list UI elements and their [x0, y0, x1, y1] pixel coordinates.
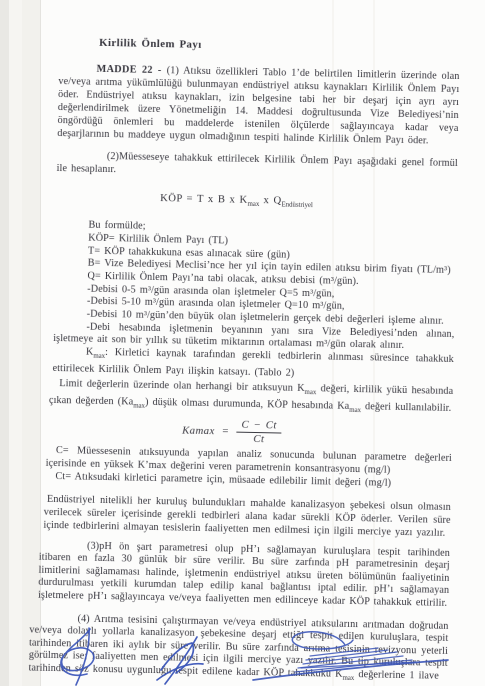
paragraph-limit-values: Limit değerlerin üzerinde olan herhangi … [49, 376, 454, 418]
article-number-label: MADDE 22 - [97, 64, 167, 76]
paragraph-madde22-1: MADDE 22 - (1) Atıksu özellikleri Tablo … [57, 62, 459, 148]
formula-kop: KÖP = T x B x Kmax x QEndüstriyel [56, 190, 417, 214]
paragraph-sewer-network: Endüstriyel nitelikli her kuruluş bulund… [43, 492, 451, 539]
formula-kamax-equals: = [222, 425, 230, 438]
signature-left [61, 628, 94, 685]
signature-middle [157, 637, 203, 684]
paragraph-2: (2)Müesseseye tahakkuk ettirilecek Kirli… [56, 149, 457, 183]
section-heading: Kirlilik Önlem Payı [99, 37, 460, 57]
formula-kamax: Kamax = C − Ct Ct [51, 416, 412, 448]
formula-kamax-lhs: Kamax [182, 424, 215, 438]
scanned-document-page: Kirlilik Önlem Payı MADDE 22 - (1) Atıks… [0, 0, 485, 686]
fraction-denominator: Ct [253, 433, 264, 445]
formula-kamax-fraction: C − Ct Ct [236, 419, 282, 445]
signature-right [253, 632, 448, 680]
fraction-numerator: C − Ct [236, 419, 282, 433]
signature-block [0, 615, 485, 686]
document-body: Kirlilik Önlem Payı MADDE 22 - (1) Atıks… [0, 0, 485, 686]
formula-definitions-list: Bu formülde; KÖP= Kirlilik Önlem Payı (T… [52, 219, 456, 383]
paragraph-1-text: (1) Atıksu özellikleri Tablo 1’de belirt… [57, 65, 459, 146]
paragraph-3: (3)pH ön şart parametresi olup pH’ı sağl… [38, 539, 450, 610]
